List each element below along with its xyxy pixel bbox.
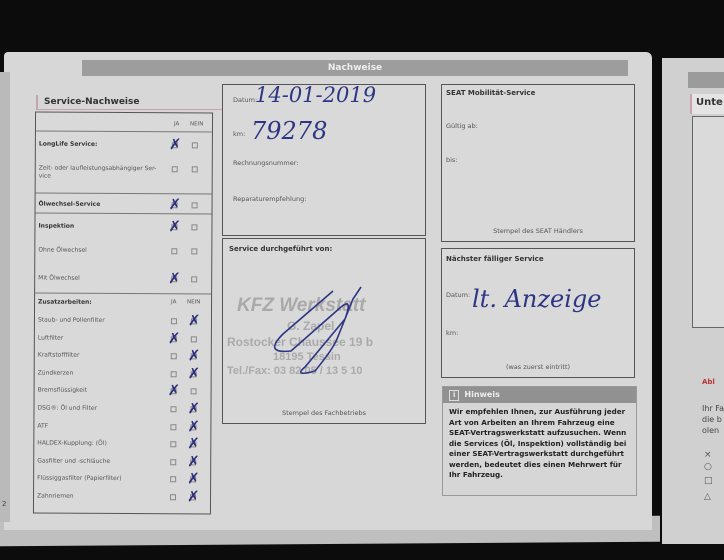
handwritten-x-icon: ✗ [187, 438, 200, 450]
next-km-label: km: [446, 329, 458, 337]
checklist-row: Zahnriemen✗ [34, 493, 210, 494]
checkbox-nein[interactable] [191, 224, 197, 230]
checklist-row: Zündkerzen✗ [35, 369, 211, 370]
triangle-symbol-icon: △ [704, 492, 711, 502]
hinweis-body: Wir empfehlen Ihnen, zur Ausführung jede… [443, 403, 636, 485]
zusatzarbeiten-title: Zusatzarbeiten: [38, 299, 92, 306]
checklist-row: Kraftstofffilter✗ [35, 352, 211, 353]
checklist-row-label: Mit Ölwechsel [38, 275, 80, 282]
checklist-row: Flüssiggasfilter (Papierfilter)✗ [34, 475, 210, 476]
checkbox-nein[interactable] [191, 389, 197, 395]
checklist-divider [35, 293, 211, 295]
checkbox-ja[interactable] [171, 248, 177, 254]
col-ja-header: JA [171, 299, 176, 305]
stempel-fachbetrieb-label: Stempel des Fachbetriebs [223, 409, 425, 417]
checklist-row: Ohne Ölwechsel [35, 247, 211, 248]
checklist-row: Zeit- oder laufleistungsabhängiger Ser-v… [36, 165, 212, 166]
checkbox-ja[interactable] [170, 424, 176, 430]
checkbox-ja[interactable] [170, 494, 176, 500]
checklist-row: Luftfilter✗ [35, 334, 211, 335]
datum-label: Datum: [233, 96, 257, 104]
right-text-line: Ihr Fa [702, 403, 724, 414]
checklist-row-label: LongLife Service: [39, 141, 98, 148]
handwritten-x-icon: ✗ [168, 272, 181, 284]
rechnungsnummer-label: Rechnungsnummer: [233, 159, 298, 167]
signature-icon [253, 279, 393, 379]
stempel-haendler-label: Stempel des SEAT Händlers [442, 227, 634, 235]
checklist-row: Ölwechsel-Service✗ [36, 201, 212, 202]
handwritten-x-icon: ✗ [188, 350, 201, 362]
right-red-label: Abl [702, 378, 715, 386]
checkbox-nein[interactable] [191, 276, 197, 282]
checklist-row: ATF✗ [34, 422, 210, 423]
square-symbol-icon: □ [704, 476, 713, 486]
service-by-title: Service durchgeführt von: [229, 245, 332, 253]
checklist-row-label: HALDEX-Kupplung: (Öl) [37, 440, 107, 447]
checkbox-ja[interactable] [170, 477, 176, 483]
right-text-line: olen [702, 425, 724, 436]
reparaturempfehlung-label: Reparaturempfehlung: [233, 195, 306, 203]
handwritten-x-icon: ✗ [188, 367, 201, 379]
checklist-divider [36, 213, 212, 215]
handwritten-x-icon: ✗ [187, 473, 200, 485]
checklist-row-label: Bremsflüssigkeit [38, 387, 87, 394]
checklist-row-label: Luftfilter [38, 334, 63, 341]
hinweis-title: Hinweis [464, 390, 499, 399]
handwritten-x-icon: ✗ [187, 455, 200, 467]
service-checklist: JA NEIN LongLife Service:✗Zeit- oder lau… [33, 112, 213, 515]
zusatzarbeiten-header: Zusatzarbeiten:JANEIN [35, 299, 211, 300]
checkbox-nein[interactable] [191, 248, 197, 254]
right-heading: Unte [690, 94, 724, 114]
next-datum-value[interactable]: lt. Anzeige [472, 285, 601, 313]
checkbox-nein[interactable] [192, 142, 198, 148]
checklist-row-label: Kraftstofffilter [38, 352, 80, 359]
checkbox-ja[interactable] [170, 441, 176, 447]
checklist-row: Inspektion✗ [35, 223, 211, 224]
handwritten-x-icon: ✗ [168, 385, 181, 397]
handwritten-x-icon: ✗ [188, 314, 201, 326]
datum-value[interactable]: 14-01-2019 [255, 83, 376, 107]
checklist-row: Mit Ölwechsel✗ [35, 275, 211, 276]
checklist-row-label: ATF [37, 422, 48, 429]
checklist-divider [36, 193, 212, 195]
right-banner [688, 72, 724, 88]
next-datum-label: Datum: [446, 291, 470, 299]
handwritten-x-icon: ✗ [187, 402, 200, 414]
col-nein-header: NEIN [190, 121, 203, 127]
gueltig-ab-label: Gültig ab: [446, 122, 478, 130]
checklist-divider [36, 131, 212, 133]
checklist-row: DSG®: Öl und Filter✗ [35, 405, 211, 406]
service-by-box: Service durchgeführt von: KFZ Werkstatt … [222, 238, 426, 424]
handwritten-x-icon: ✗ [187, 490, 200, 502]
bis-label: bis: [446, 156, 458, 164]
checkbox-ja[interactable] [170, 459, 176, 465]
checkbox-ja[interactable] [171, 353, 177, 359]
mobility-service-box: SEAT Mobilität-Service Gültig ab: bis: S… [441, 84, 635, 242]
right-figure-box [692, 116, 724, 328]
page-stack-edge [0, 72, 10, 522]
handwritten-x-icon: ✗ [187, 420, 200, 432]
checklist-row-label: Flüssiggasfilter (Papierfilter) [37, 475, 121, 482]
next-service-box: Nächster fälliger Service Datum: lt. Anz… [441, 248, 635, 378]
circle-symbol-icon: ○ [704, 462, 712, 472]
checklist-row-label: DSG®: Öl und Filter [37, 405, 97, 412]
checklist-row-label: Gasfilter und -schläuche [37, 457, 110, 464]
checkbox-ja[interactable] [172, 166, 178, 172]
checklist-row-label: Zahnriemen [37, 493, 74, 500]
checklist-row-label: Zeit- oder laufleistungsabhängiger Ser-v… [39, 165, 164, 182]
cross-symbol-icon: × [704, 450, 712, 460]
km-label: km: [233, 130, 245, 138]
checklist-row: Gasfilter und -schläuche✗ [34, 457, 210, 458]
checkbox-ja[interactable] [170, 406, 176, 412]
checklist-row-label: Zündkerzen [38, 369, 74, 376]
checklist-row-label: Ohne Ölwechsel [38, 247, 87, 254]
checkbox-nein[interactable] [192, 202, 198, 208]
right-text-line: die b [702, 414, 724, 425]
service-nachweise-title: Service-Nachweise [36, 95, 222, 110]
handwritten-x-icon: ✗ [168, 220, 181, 232]
checklist-row: Bremsflüssigkeit✗ [35, 387, 211, 388]
handwritten-x-icon: ✗ [169, 138, 182, 150]
next-service-title: Nächster fälliger Service [446, 255, 544, 263]
was-zuerst-eintritt-label: (was zuerst eintritt) [442, 363, 634, 371]
checklist-row: HALDEX-Kupplung: (Öl)✗ [34, 440, 210, 441]
handwritten-x-icon: ✗ [169, 198, 182, 210]
col-ja-header: JA [174, 121, 179, 127]
service-record-box: Datum: 14-01-2019 km: 79278 Rechnungsnum… [222, 84, 426, 236]
hinweis-box: iHinweis Wir empfehlen Ihnen, zur Ausfüh… [442, 386, 637, 496]
checklist-row: LongLife Service:✗ [36, 141, 212, 142]
checklist-row-label: Ölwechsel-Service [39, 201, 101, 208]
checklist-row-label: Staub- und Pollenfilter [38, 317, 105, 324]
checkbox-ja[interactable] [171, 371, 177, 377]
page-number: 2 [2, 500, 6, 508]
col-nein-header: NEIN [187, 299, 200, 305]
right-page: Unte Abl Ihr Fa die b olen × ○ □ △ [662, 58, 724, 544]
handwritten-x-icon: ✗ [168, 332, 181, 344]
checkbox-nein[interactable] [191, 336, 197, 342]
right-text: Ihr Fa die b olen [702, 403, 724, 436]
hinweis-header: iHinweis [443, 387, 636, 403]
info-icon: i [449, 390, 459, 401]
checkbox-nein[interactable] [192, 166, 198, 172]
checklist-row-label: Inspektion [38, 223, 74, 230]
checkbox-ja[interactable] [171, 318, 177, 324]
page-banner: Nachweise [82, 60, 628, 76]
mobility-title: SEAT Mobilität-Service [446, 89, 535, 97]
km-value[interactable]: 79278 [251, 117, 327, 145]
checklist-row: Staub- und Pollenfilter✗ [35, 317, 211, 318]
